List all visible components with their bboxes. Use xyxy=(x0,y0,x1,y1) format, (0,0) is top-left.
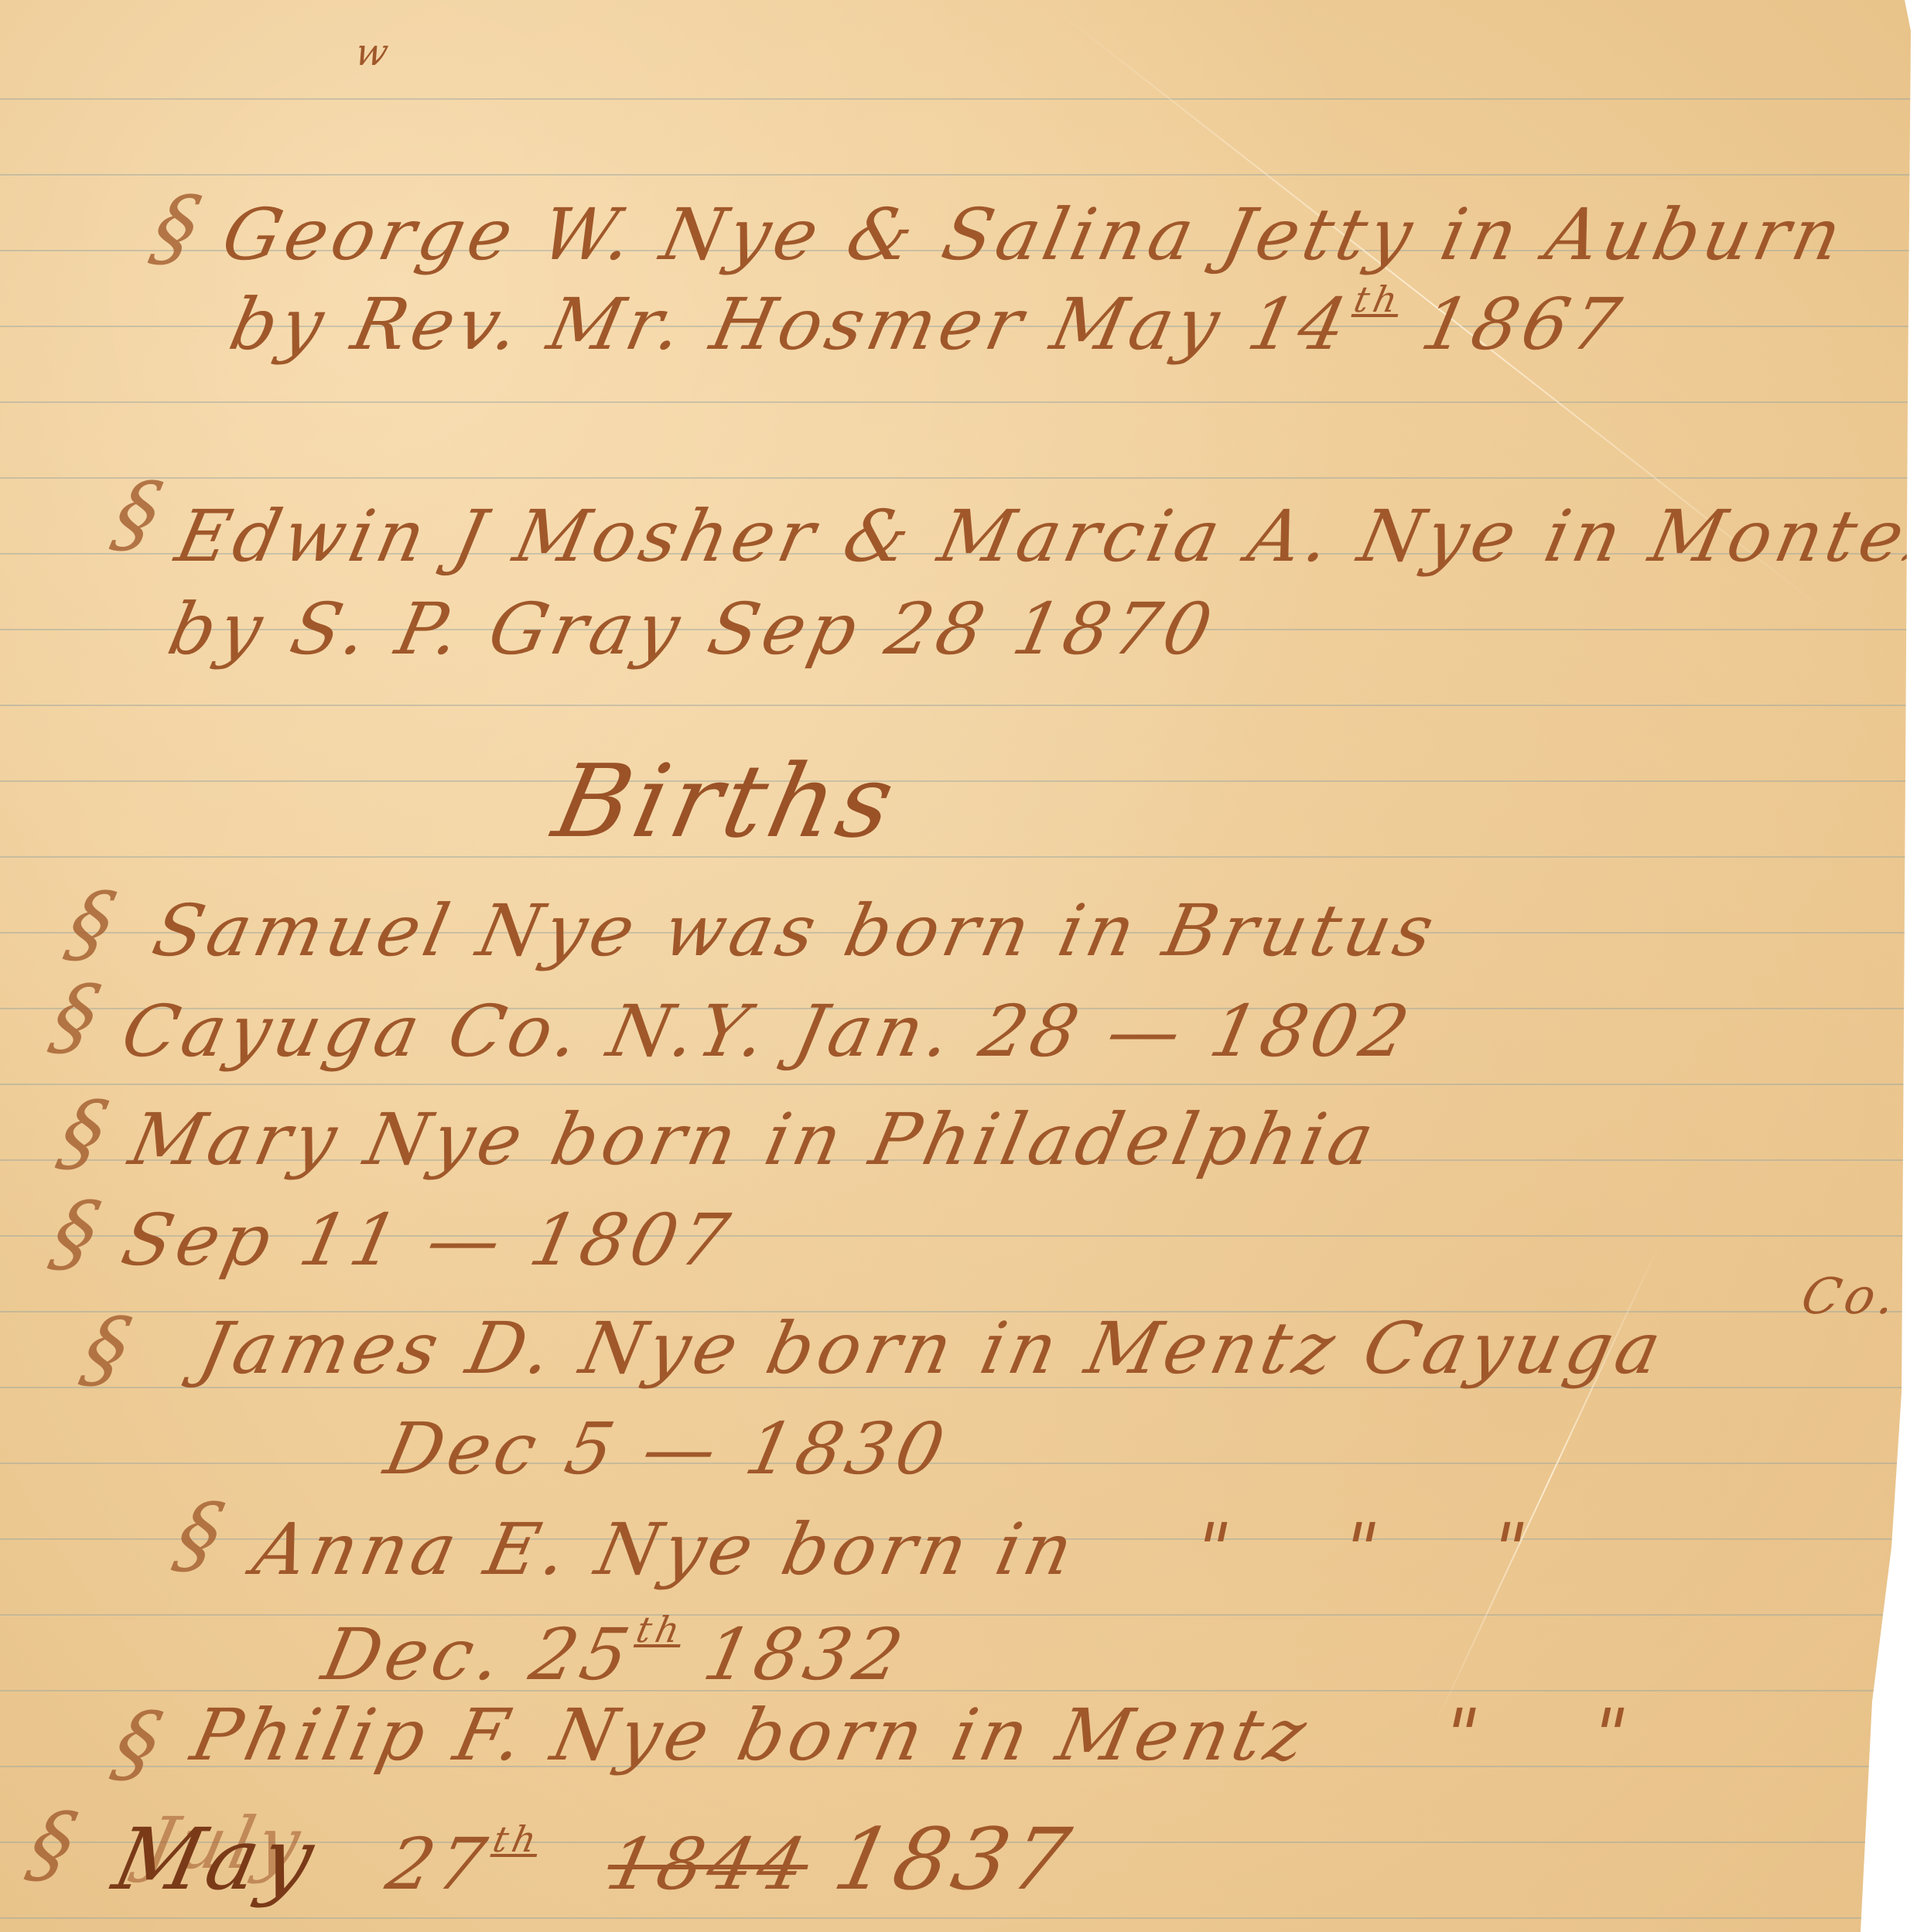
birth-5-line-2: May 27th 1844 1837 xyxy=(105,1810,1828,1909)
section-mark-icon: § xyxy=(105,1694,173,1793)
top-mark: w xyxy=(351,31,397,74)
ruled-line xyxy=(0,1084,1917,1085)
birth-4-year: 1832 xyxy=(697,1613,914,1696)
ruled-line xyxy=(0,401,1917,403)
birth-4-line-1: Anna E. Nye born in " " " xyxy=(247,1508,1580,1591)
birth-4-text: Anna E. Nye born in xyxy=(247,1508,1085,1591)
birth-3-line-2: Dec 5 — 1830 xyxy=(378,1408,956,1490)
ruled-line xyxy=(0,705,1917,706)
ruled-line xyxy=(0,856,1917,858)
document-page: w § George W. Nye & Salina Jetty in Aubu… xyxy=(0,0,1917,1932)
birth-5-day-sup: th xyxy=(489,1818,545,1860)
birth-2-line-1: Mary Nye born in Philadelphia xyxy=(123,1098,1386,1181)
ruled-line xyxy=(0,780,1917,782)
birth-4-ditto-marks: " " " xyxy=(1187,1508,1580,1591)
section-mark-icon: § xyxy=(59,874,127,973)
marriage-1-line-1: George W. Nye & Salina Jetty in Auburn xyxy=(216,193,1853,276)
ruled-line xyxy=(0,1614,1917,1616)
birth-1-line-1: Samuel Nye was born in Brutus xyxy=(146,889,1445,972)
ruled-line xyxy=(0,1463,1917,1464)
section-mark-icon: § xyxy=(20,1794,88,1893)
birth-5-struck-year: 1844 xyxy=(600,1823,817,1906)
birth-2-line-2: Sep 11 — 1807 xyxy=(115,1199,740,1282)
marriage-1-year: 1867 xyxy=(1414,283,1632,366)
section-mark-icon: § xyxy=(105,464,173,563)
birth-5-month: May xyxy=(105,1810,326,1909)
marriage-1-date-sup: th xyxy=(1351,278,1406,320)
marriage-2-line-2: by S. P. Gray Sep 28 1870 xyxy=(162,588,1223,671)
ruled-line xyxy=(0,477,1917,479)
ruled-line xyxy=(0,98,1917,100)
birth-5-day: 27 xyxy=(380,1823,497,1906)
marriage-2-line-1: Edwin J Mosher & Marcia A. Nye in Montez… xyxy=(169,495,1917,578)
birth-4-line-2: Dec. 25th 1832 xyxy=(316,1609,915,1696)
section-mark-icon: § xyxy=(51,1083,119,1182)
birth-3-county-note: Co. xyxy=(1796,1268,1905,1326)
section-mark-icon: § xyxy=(74,1299,142,1398)
marriage-1-line-2: by Rev. Mr. Hosmer May 14th 1867 xyxy=(223,278,1633,366)
births-heading: Births xyxy=(545,742,908,860)
ruled-line xyxy=(0,174,1917,176)
birth-5-ditto-marks: " " xyxy=(1436,1694,1681,1777)
birth-5-text: Philip F. Nye born in Mentz xyxy=(185,1694,1317,1777)
section-mark-icon: § xyxy=(144,178,212,277)
birth-3-line-1: James D. Nye born in Mentz Cayuga xyxy=(193,1307,1673,1390)
section-mark-icon: § xyxy=(167,1485,235,1584)
section-mark-icon: § xyxy=(43,1183,111,1282)
ruled-line xyxy=(0,1690,1917,1691)
section-mark-icon: § xyxy=(43,967,111,1066)
birth-5-line-1: Philip F. Nye born in Mentz " " xyxy=(185,1694,1681,1777)
birth-5-year: 1837 xyxy=(826,1810,1082,1909)
ruled-line xyxy=(0,1917,1917,1919)
birth-4-date-prefix: Dec. 25 xyxy=(316,1613,641,1696)
birth-4-date-sup: th xyxy=(633,1609,689,1650)
marriage-1-date-prefix: by Rev. Mr. Hosmer May 14 xyxy=(223,283,1358,366)
birth-1-line-2: Cayuga Co. N.Y. Jan. 28 — 1802 xyxy=(115,990,1420,1073)
